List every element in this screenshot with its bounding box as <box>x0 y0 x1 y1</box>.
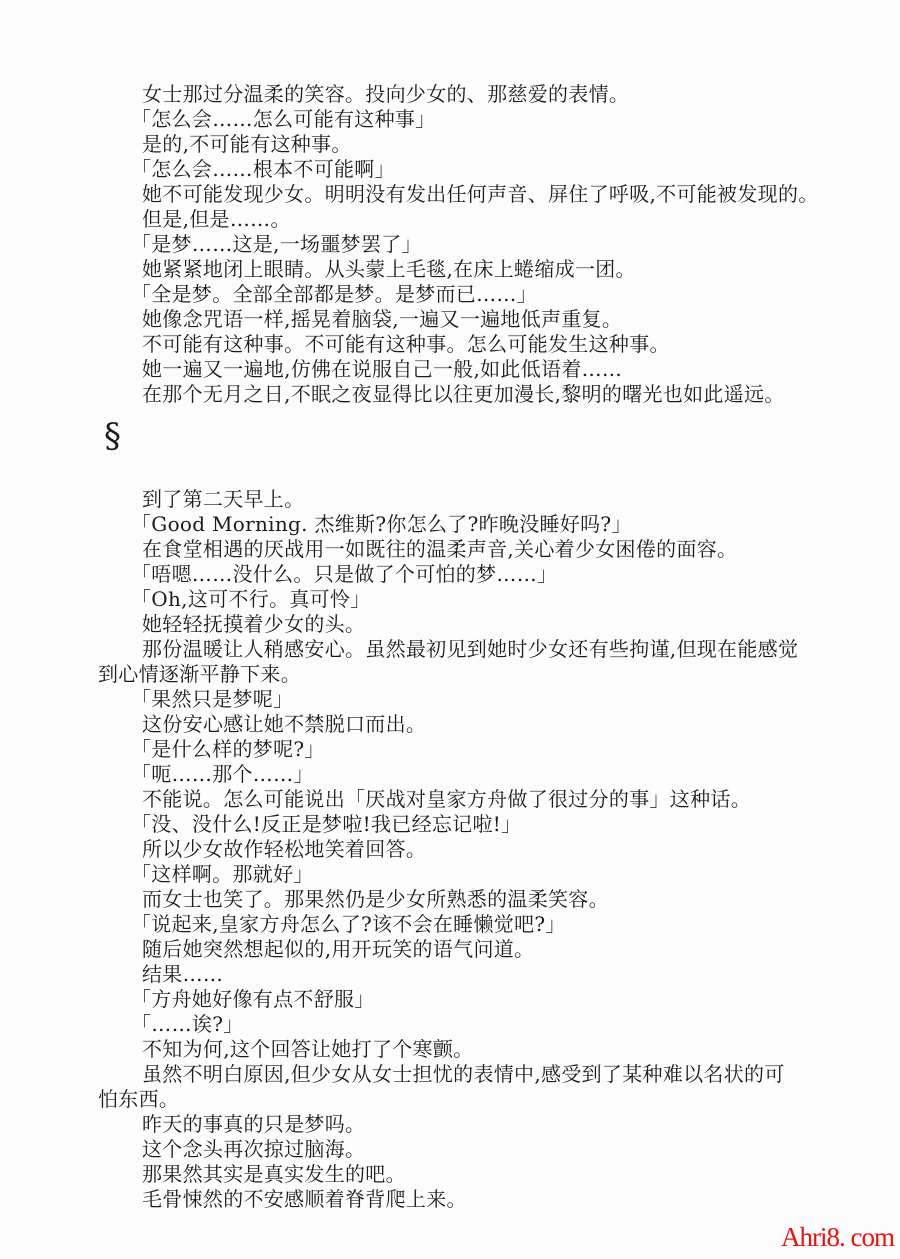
text-line: 毛骨悚然的不安感顺着脊背爬上来。 <box>98 1187 858 1212</box>
story-part-1: 女士那过分温柔的笑容。投向少女的、那慈爱的表情。「怎么会……怎么可能有这种事」是… <box>98 82 858 407</box>
text-line: 昨天的事真的只是梦吗。 <box>98 1112 858 1137</box>
text-line: 随后她突然想起似的,用开玩笑的语气问道。 <box>98 937 858 962</box>
text-line: 她不可能发现少女。明明没有发出任何声音、屏住了呼吸,不可能被发现的。 <box>98 182 858 207</box>
text-line: 是的,不可能有这种事。 <box>98 132 858 157</box>
text-line: 这份安心感让她不禁脱口而出。 <box>98 712 858 737</box>
novel-page: 女士那过分温柔的笑容。投向少女的、那慈爱的表情。「怎么会……怎么可能有这种事」是… <box>0 0 900 1259</box>
text-line: 但是,但是……。 <box>98 207 858 232</box>
text-line: 「Oh,这可不行。真可怜」 <box>98 587 858 612</box>
text-line: 所以少女故作轻松地笑着回答。 <box>98 837 858 862</box>
text-line: 不可能有这种事。不可能有这种事。怎么可能发生这种事。 <box>98 332 858 357</box>
text-line: 虽然不明白原因,但少女从女士担忧的表情中,感受到了某种难以名状的可 <box>98 1062 858 1087</box>
text-line: 那果然其实是真实发生的吧。 <box>98 1162 858 1187</box>
text-line: 「……诶?」 <box>98 1012 858 1037</box>
section-divider: § <box>104 416 121 456</box>
text-line: 那份温暖让人稍感安心。虽然最初见到她时少女还有些拘谨,但现在能感觉 <box>98 637 858 662</box>
text-line: 「全是梦。全部全部都是梦。是梦而已……」 <box>98 282 858 307</box>
text-line: 而女士也笑了。那果然仍是少女所熟悉的温柔笑容。 <box>98 887 858 912</box>
text-line: 「Good Morning. 杰维斯?你怎么了?昨晚没睡好吗?」 <box>98 512 858 537</box>
text-line: 「是什么样的梦呢?」 <box>98 737 858 762</box>
text-line: 女士那过分温柔的笑容。投向少女的、那慈爱的表情。 <box>98 82 858 107</box>
text-line: 到心情逐渐平静下来。 <box>98 662 858 687</box>
text-line: 「呃……那个……」 <box>98 762 858 787</box>
text-line: 「唔嗯……没什么。只是做了个可怕的梦……」 <box>98 562 858 587</box>
text-line: 在食堂相遇的厌战用一如既往的温柔声音,关心着少女困倦的面容。 <box>98 537 858 562</box>
text-line: 她轻轻抚摸着少女的头。 <box>98 612 858 637</box>
text-line: 怕东西。 <box>98 1087 858 1112</box>
text-line: 「怎么会……根本不可能啊」 <box>98 157 858 182</box>
text-line: 她一遍又一遍地,仿佛在说服自己一般,如此低语着…… <box>98 357 858 382</box>
text-line: 「说起来,皇家方舟怎么了?该不会在睡懒觉吧?」 <box>98 912 858 937</box>
watermark: Ahri8. com <box>781 1221 894 1253</box>
text-line: 「是梦……这是,一场噩梦罢了」 <box>98 232 858 257</box>
text-line: 不能说。怎么可能说出「厌战对皇家方舟做了很过分的事」这种话。 <box>98 787 858 812</box>
text-line: 不知为何,这个回答让她打了个寒颤。 <box>98 1037 858 1062</box>
text-line: 「怎么会……怎么可能有这种事」 <box>98 107 858 132</box>
text-line: 「没、没什么!反正是梦啦!我已经忘记啦!」 <box>98 812 858 837</box>
text-line: 「方舟她好像有点不舒服」 <box>98 987 858 1012</box>
text-line: 到了第二天早上。 <box>98 487 858 512</box>
text-line: 这个念头再次掠过脑海。 <box>98 1137 858 1162</box>
story-part-2: 到了第二天早上。「Good Morning. 杰维斯?你怎么了?昨晚没睡好吗?」… <box>98 487 858 1212</box>
text-line: 结果…… <box>98 962 858 987</box>
text-line: 她紧紧地闭上眼睛。从头蒙上毛毯,在床上蜷缩成一团。 <box>98 257 858 282</box>
text-line: 在那个无月之日,不眠之夜显得比以往更加漫长,黎明的曙光也如此遥远。 <box>98 382 858 407</box>
text-line: 「果然只是梦呢」 <box>98 687 858 712</box>
text-line: 「这样啊。那就好」 <box>98 862 858 887</box>
text-line: 她像念咒语一样,摇晃着脑袋,一遍又一遍地低声重复。 <box>98 307 858 332</box>
